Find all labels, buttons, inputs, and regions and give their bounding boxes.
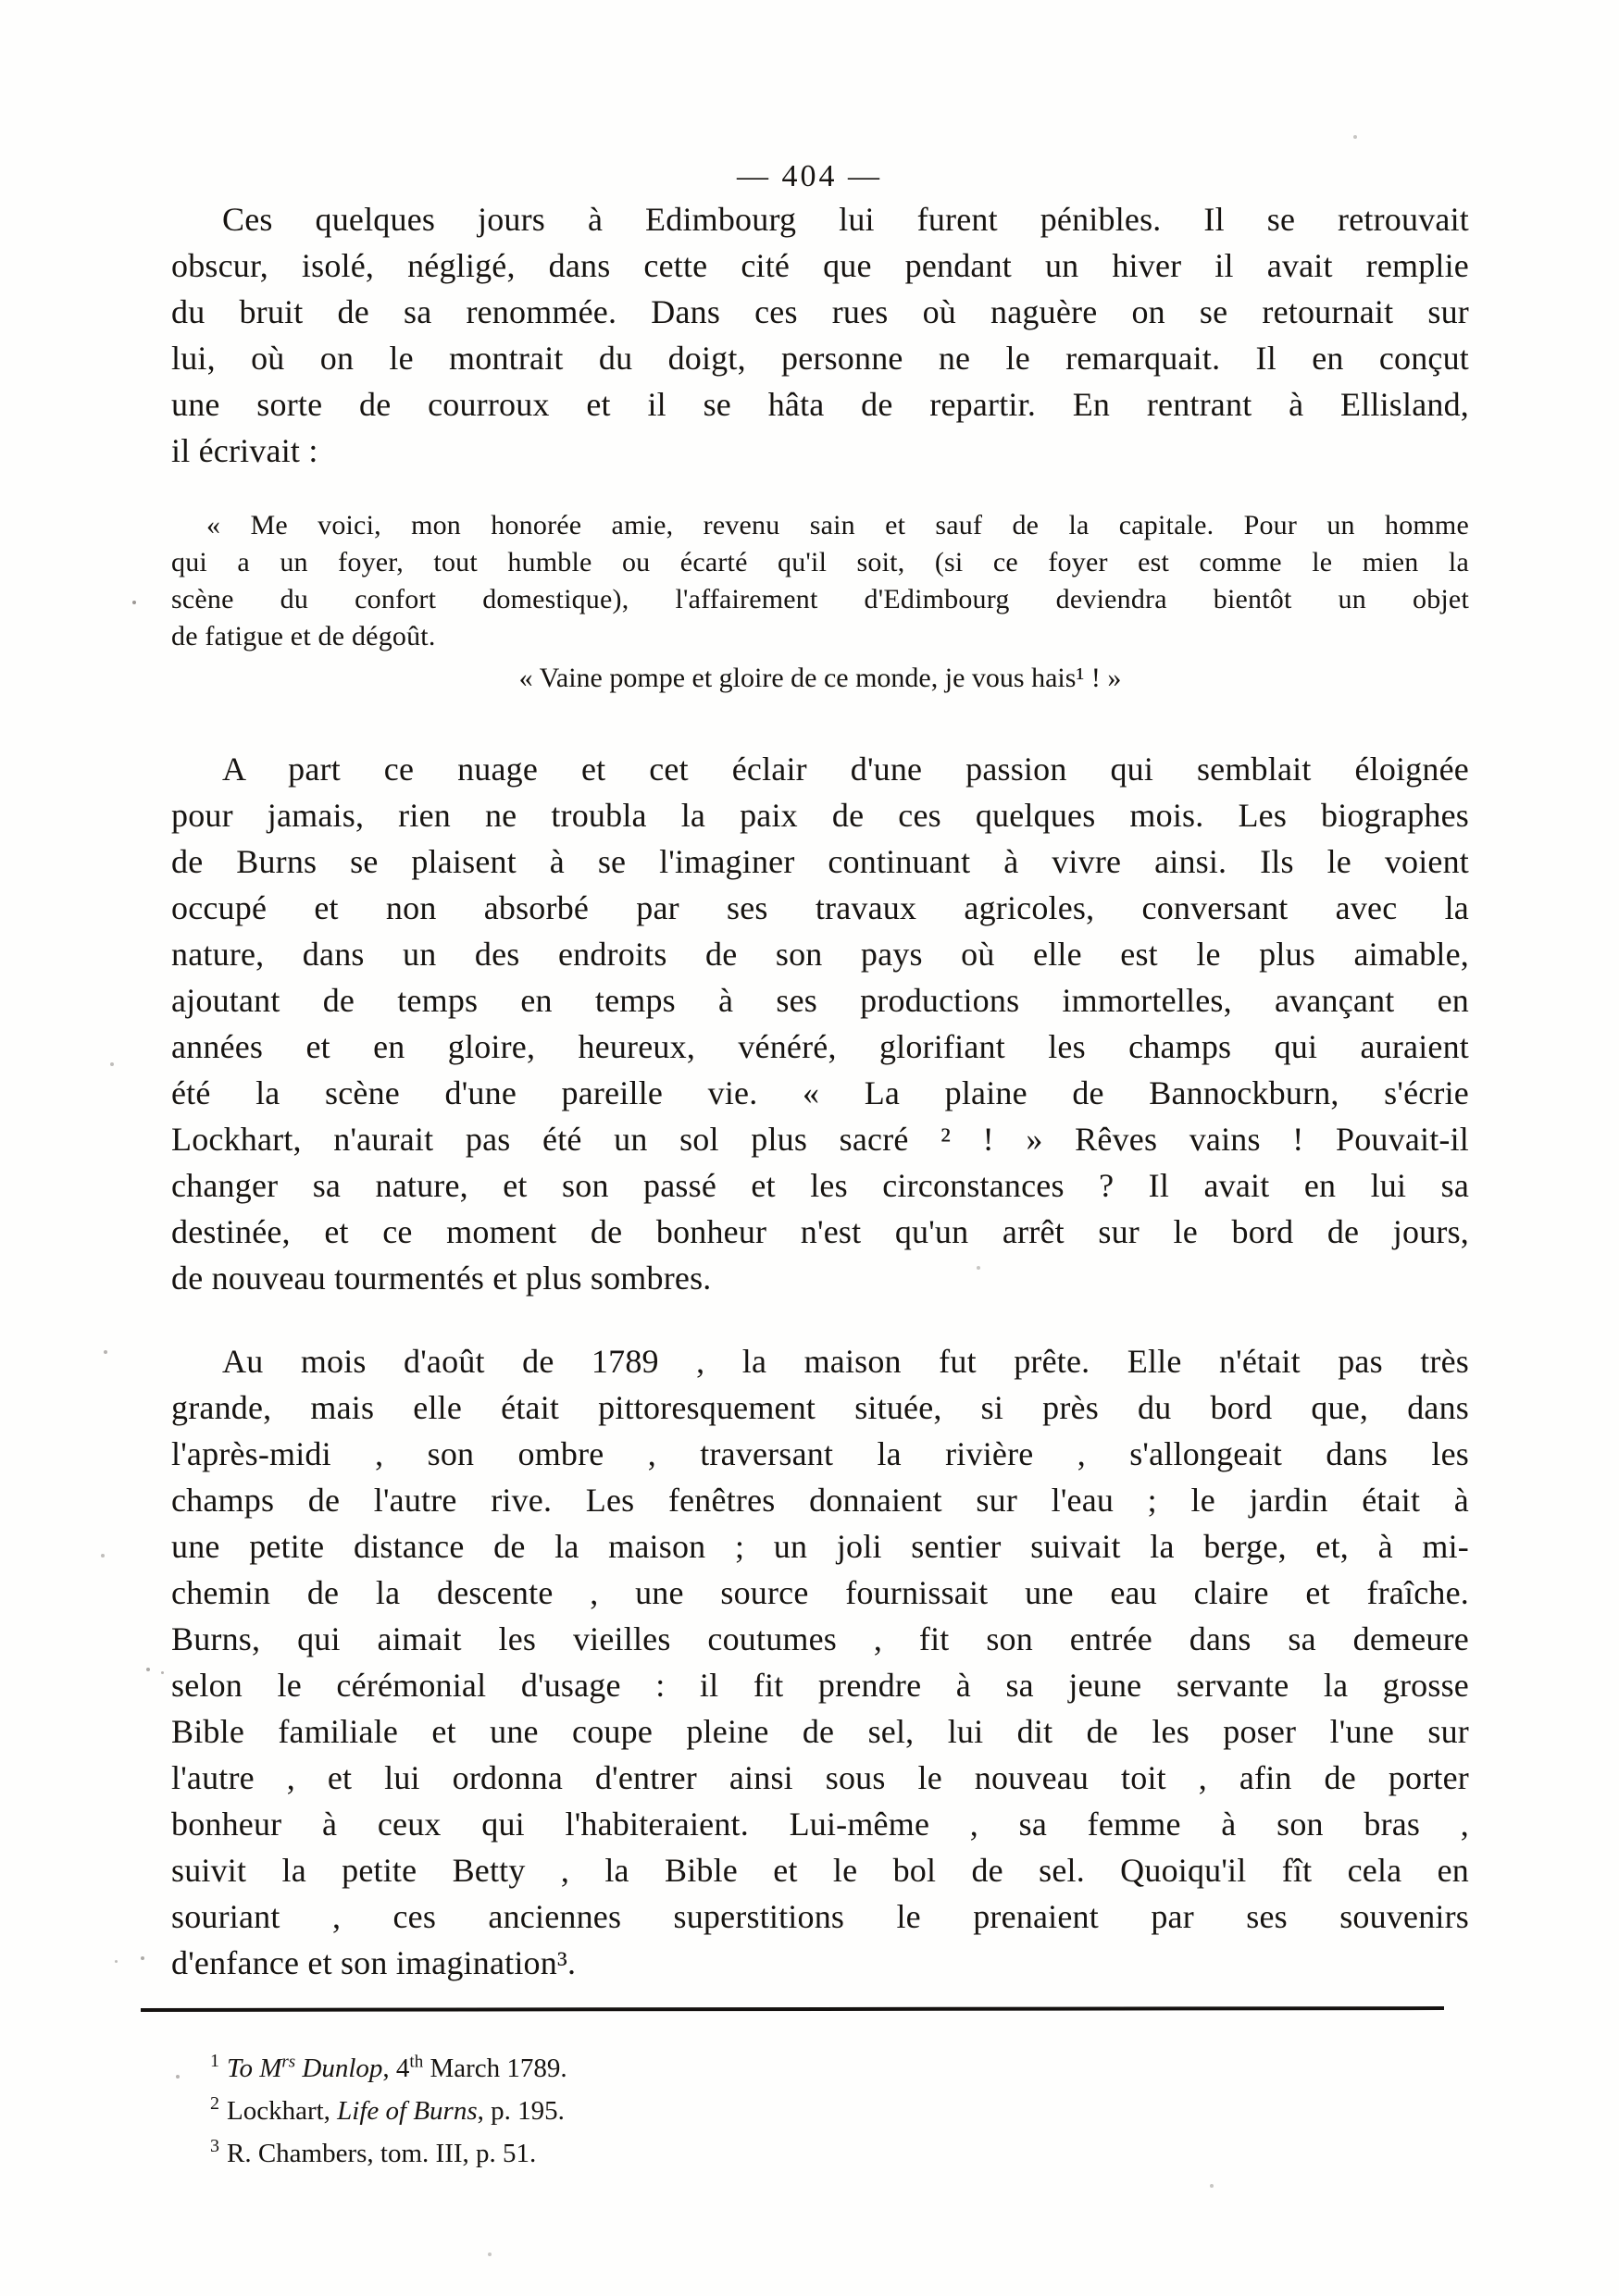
text-line: grande, mais elle était pittoresquement … [171, 1384, 1469, 1431]
footnote-text: , p. 195. [478, 2096, 565, 2126]
scan-speckle [977, 1266, 980, 1270]
footnote-text: March 1789. [423, 2054, 567, 2083]
scan-speckle [161, 1671, 164, 1674]
scan-speckle [110, 1062, 114, 1066]
verse-line: « Vaine pompe et gloire de ce monde, je … [171, 663, 1469, 694]
text-line: A part ce nuage et cet éclair d'une pass… [171, 746, 1469, 792]
text-line: « Me voici, mon honorée amie, revenu sai… [171, 507, 1469, 544]
footnote-marker: 2 [210, 2093, 227, 2114]
footnote-rule [141, 2006, 1444, 2012]
footnote-text: Dunlop [295, 2054, 382, 2083]
footnote-marker: 1 [210, 2051, 227, 2071]
text-line: occupé et non absorbé par ses travaux ag… [171, 885, 1469, 931]
text-line: qui a un foyer, tout humble ou écarté qu… [171, 544, 1469, 581]
text-line: été la scène d'une pareille vie. « La pl… [171, 1070, 1469, 1116]
footnote-marker: 3 [210, 2136, 227, 2156]
footnotes-block: 1To Mrs Dunlop, 4th March 1789. 2Lockhar… [171, 2047, 1469, 2175]
text-line: destinée, et ce moment de bonheur n'est … [171, 1209, 1469, 1255]
letter-quote-block: « Me voici, mon honorée amie, revenu sai… [171, 507, 1469, 655]
scan-speckle [488, 2253, 492, 2256]
text-line: ajoutant de temps en temps à ses product… [171, 977, 1469, 1024]
scan-speckle [132, 601, 136, 604]
text-line: du bruit de sa renommée. Dans ces rues o… [171, 289, 1469, 335]
text-line: d'enfance et son imagination³. [171, 1940, 1469, 1986]
text-line: l'après-midi , son ombre , traversant la… [171, 1431, 1469, 1477]
scan-speckle [1210, 2184, 1214, 2188]
footnote-text: R. Chambers, tom. III, p. 51. [227, 2139, 536, 2168]
text-line: lui, où on le montrait du doigt, personn… [171, 335, 1469, 381]
text-line: souriant , ces anciennes superstitions l… [171, 1893, 1469, 1940]
footnote-text: , 4 [382, 2054, 409, 2083]
scan-speckle [101, 1554, 105, 1558]
scan-speckle [1353, 135, 1357, 139]
text-line: de fatigue et de dégoût. [171, 618, 1469, 655]
text-line: l'autre , et lui ordonna d'entrer ainsi … [171, 1755, 1469, 1801]
text-line: suivit la petite Betty , la Bible et le … [171, 1847, 1469, 1893]
text-line: Au mois d'août de 1789 , la maison fut p… [171, 1338, 1469, 1384]
scan-speckle [141, 1956, 144, 1960]
text-line: changer sa nature, et son passé et les c… [171, 1162, 1469, 1209]
text-line: Bible familiale et une coupe pleine de s… [171, 1708, 1469, 1755]
text-line: chemin de la descente , une source fourn… [171, 1570, 1469, 1616]
text-line: pour jamais, rien ne troubla la paix de … [171, 792, 1469, 838]
footnote-text: To M [227, 2054, 281, 2083]
text-line: obscur, isolé, négligé, dans cette cité … [171, 242, 1469, 289]
scan-speckle [115, 1960, 118, 1963]
text-line: de nouveau tourmentés et plus sombres. [171, 1255, 1469, 1301]
paragraph-1: Ces quelques jours à Edimbourg lui furen… [171, 196, 1469, 474]
footnote-1: 1To Mrs Dunlop, 4th March 1789. [171, 2047, 1469, 2090]
text-line: années et en gloire, heureux, vénéré, gl… [171, 1024, 1469, 1070]
text-line: Burns, qui aimait les vieilles coutumes … [171, 1616, 1469, 1662]
scanned-book-page: { "page": { "header": "— 404 —" }, "body… [0, 0, 1619, 2296]
text-line: champs de l'autre rive. Les fenêtres don… [171, 1477, 1469, 1523]
footnote-text: Lockhart, [227, 2096, 337, 2126]
footnote-3: 3R. Chambers, tom. III, p. 51. [171, 2132, 1469, 2175]
text-line: selon le cérémonial d'usage : il fit pre… [171, 1662, 1469, 1708]
page-number-header: — 404 — [0, 159, 1619, 194]
text-line: de Burns se plaisent à se l'imaginer con… [171, 838, 1469, 885]
paragraph-2: A part ce nuage et cet éclair d'une pass… [171, 746, 1469, 1301]
text-line: il écrivait : [171, 428, 1469, 474]
footnote-text: rs [281, 2052, 295, 2071]
scan-speckle [176, 2075, 180, 2079]
footnote-text: Life of Burns [337, 2096, 477, 2126]
paragraph-3: Au mois d'août de 1789 , la maison fut p… [171, 1338, 1469, 1986]
text-line: une sorte de courroux et il se hâta de r… [171, 381, 1469, 428]
scan-speckle [146, 1668, 150, 1671]
footnote-2: 2Lockhart, Life of Burns, p. 195. [171, 2090, 1469, 2132]
text-line: nature, dans un des endroits de son pays… [171, 931, 1469, 977]
text-line: une petite distance de la maison ; un jo… [171, 1523, 1469, 1570]
text-line: Lockhart, n'aurait pas été un sol plus s… [171, 1116, 1469, 1162]
scan-speckle [104, 1350, 107, 1354]
text-line: Ces quelques jours à Edimbourg lui furen… [171, 196, 1469, 242]
text-line: scène du confort domestique), l'affairem… [171, 581, 1469, 618]
footnote-text: th [409, 2052, 423, 2071]
text-line: bonheur à ceux qui l'habiteraient. Lui-m… [171, 1801, 1469, 1847]
